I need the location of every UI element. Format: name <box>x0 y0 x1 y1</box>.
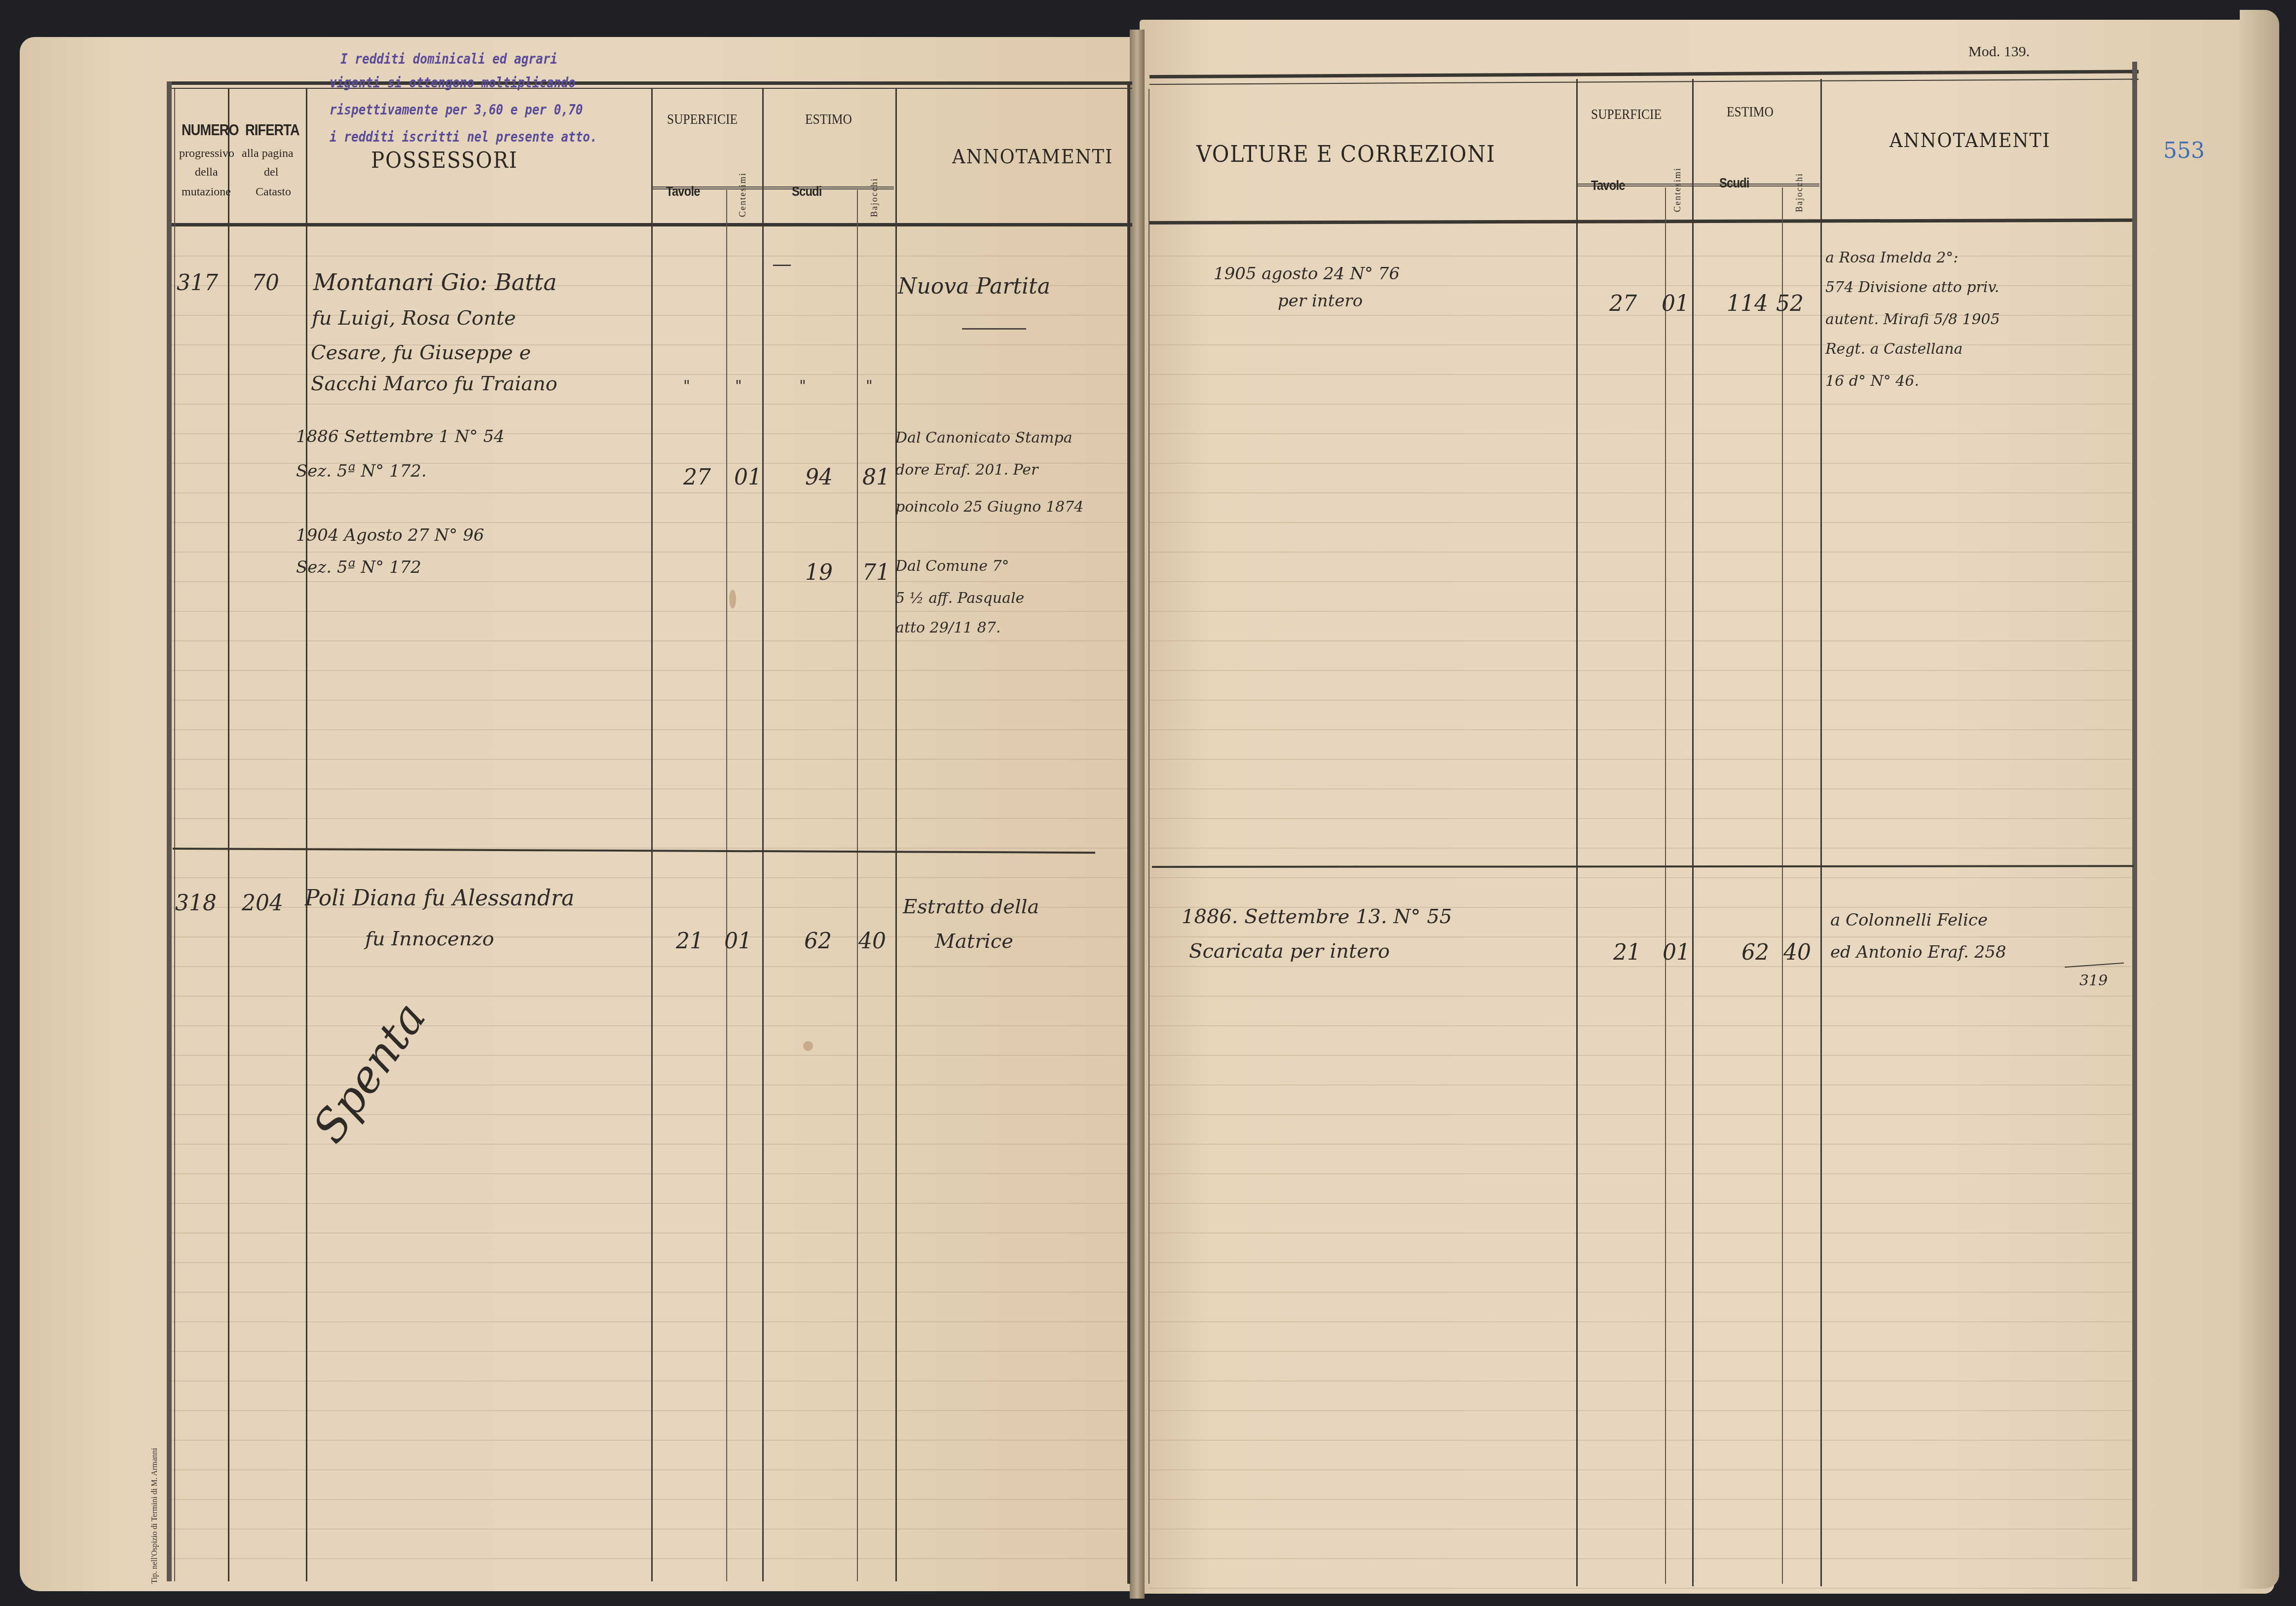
subentry-line: Sez. 5ª N° 172 <box>296 558 421 577</box>
subentry-annot: atto 29/11 87. <box>895 619 1000 636</box>
header-riferta-sub-2: del <box>264 166 278 179</box>
entry-bajocchi: 40 <box>858 929 886 954</box>
printer-imprint: Tip. nell'Ospizio di Termini di M. Arman… <box>150 1337 159 1584</box>
ditto-mark: " <box>683 377 690 395</box>
voltura-line: 1905 agosto 24 N° 76 <box>1214 264 1400 284</box>
col-divider-superficie-r <box>1692 79 1694 1586</box>
col-divider-volture <box>1576 79 1578 1586</box>
header-numero: NUMERO <box>182 121 239 139</box>
voltura-annot: ed Antonio Eraf. 258 <box>1830 942 2006 962</box>
header-centesimi: Centesimi <box>738 163 748 217</box>
estimo-dash: — <box>772 253 792 275</box>
voltura-annot: 16 d° N° 46. <box>1825 373 1919 390</box>
header-bajocchi-r: Bajocchi <box>1794 158 1805 212</box>
voltura-annot: a Colonnelli Felice <box>1830 910 1988 930</box>
header-riferta-sub-3: Catasto <box>256 186 291 199</box>
stamp-line-3: rispettivamente per 3,60 e per 0,70 <box>330 101 583 118</box>
header-tavole-r: Tavole <box>1591 178 1625 193</box>
header-estimo: ESTIMO <box>805 111 852 128</box>
voltura-bajocchi: 52 <box>1776 291 1804 316</box>
subentry-centesimi: 01 <box>734 465 762 490</box>
subentry-tavole: 27 <box>683 465 711 490</box>
possessore-line: fu Luigi, Rosa Conte <box>312 307 516 330</box>
subentry-line: 1904 Agosto 27 N° 96 <box>296 525 484 545</box>
left-frame-inner <box>174 89 175 1581</box>
voltura-centesimi: 01 <box>1663 940 1690 965</box>
voltura-tavole: 21 <box>1613 940 1641 965</box>
voltura-line: 1886. Settembre 13. N° 55 <box>1182 905 1452 928</box>
right-frame-border-left-page <box>1127 84 1130 1584</box>
header-riferta: RIFERTA <box>245 121 299 139</box>
ditto-mark: " <box>735 377 742 395</box>
col-divider-tavole <box>726 190 727 1581</box>
header-volture: VOLTURE E CORREZIONI <box>1196 141 1496 167</box>
col-divider-possessori <box>651 89 653 1581</box>
annotamento-line: Nuova Partita <box>898 274 1050 299</box>
entry-scudi: 62 <box>804 929 832 954</box>
header-superficie-r: SUPERFICIE <box>1591 106 1662 123</box>
col-divider-scudi-r <box>1782 187 1783 1584</box>
col-divider-tavole-r <box>1665 187 1666 1584</box>
subentry-bajocchi: 71 <box>862 560 890 585</box>
subentry-scudi: 94 <box>805 465 833 490</box>
header-riferta-sub-1: alla pagina <box>242 147 294 160</box>
subentry-annot: dore Eraf. 201. Per <box>895 461 1038 479</box>
voltura-centesimi: 01 <box>1662 291 1689 316</box>
header-possessori: POSSESSORI <box>371 148 518 173</box>
header-estimo-r: ESTIMO <box>1727 104 1774 120</box>
header-scudi-r: Scudi <box>1719 175 1749 191</box>
left-frame-border <box>167 81 172 1581</box>
header-numero-sub-2: della <box>195 166 218 179</box>
voltura-scudi: 62 <box>1741 940 1769 965</box>
subentry-line: 1886 Settembre 1 N° 54 <box>296 427 505 447</box>
possessore-line: Cesare, fu Giuseppe e <box>311 341 531 364</box>
voltura-tavole: 27 <box>1609 291 1637 316</box>
possessore-line: Montanari Gio: Batta <box>313 269 557 296</box>
subentry-line: Sez. 5ª N° 172. <box>296 461 427 481</box>
form-number: Mod. 139. <box>1968 43 2030 60</box>
header-superficie: SUPERFICIE <box>667 111 738 128</box>
page-edges <box>2240 10 2279 1589</box>
right-frame-border <box>2132 62 2137 1581</box>
subentry-annot: Dal Canonicato Stampa <box>895 429 1073 447</box>
col-divider-estimo-r <box>1820 79 1822 1586</box>
col-divider-riferta <box>306 89 307 1581</box>
voltura-annot: a Rosa Imelda 2°: <box>1825 249 1958 266</box>
annotamento-line: Estratto della <box>903 896 1039 918</box>
subentry-annot: Dal Comune 7° <box>895 558 1009 575</box>
voltura-bajocchi: 40 <box>1783 940 1811 965</box>
ink-stain <box>729 590 736 608</box>
underline-flourish <box>962 328 1026 330</box>
folio-number: 553 <box>2163 138 2205 163</box>
ditto-mark: " <box>799 377 806 395</box>
subentry-annot: poincolo 25 Giugno 1874 <box>895 498 1083 516</box>
col-divider-superficie <box>762 89 764 1581</box>
stamp-line-1: I redditi dominicali ed agrari <box>340 50 557 67</box>
entry-riferta: 70 <box>252 270 279 296</box>
possessore-line: Sacchi Marco fu Traiano <box>311 373 557 395</box>
col-divider-estimo <box>895 89 897 1581</box>
possessore-line: Poli Diana fu Alessandra <box>305 886 574 911</box>
subentry-annot: 5 ½ aff. Pasquale <box>895 590 1024 607</box>
book-spine <box>1130 30 1145 1599</box>
ditto-mark: " <box>866 377 873 395</box>
entry-tavole: 21 <box>676 929 704 954</box>
col-divider-numero <box>228 89 229 1581</box>
subentry-scudi: 19 <box>805 560 833 585</box>
ink-stain <box>803 1041 813 1051</box>
entry-numero: 318 <box>175 891 217 916</box>
entry-centesimi: 01 <box>724 929 752 954</box>
entry-riferta: 204 <box>242 891 283 916</box>
subentry-bajocchi: 81 <box>862 465 890 490</box>
voltura-annot: Regt. a Castellana <box>1825 340 1963 358</box>
header-annotamenti-left: ANNOTAMENTI <box>952 146 1113 168</box>
stamp-line-4: i redditi iscritti nel presente atto. <box>330 128 597 145</box>
voltura-annot: 574 Divisione atto priv. <box>1825 279 1999 296</box>
header-scudi: Scudi <box>792 184 822 199</box>
annotamento-line: Matrice <box>935 930 1013 953</box>
header-annotamenti-right: ANNOTAMENTI <box>1889 129 2050 152</box>
header-tavole: Tavole <box>666 184 700 199</box>
possessore-line: fu Innocenzo <box>365 928 494 950</box>
header-numero-sub-1: progressivo <box>179 147 234 160</box>
header-top-rule <box>170 81 1132 85</box>
voltura-annot: autent. Mirafi 5/8 1905 <box>1825 311 2000 328</box>
header-bajocchi: Bajocchi <box>869 163 880 217</box>
voltura-scudi: 114 <box>1727 291 1768 316</box>
header-numero-sub-3: mutazione <box>182 186 231 199</box>
voltura-line: Scaricata per intero <box>1189 940 1390 963</box>
right-page-left-border <box>1148 89 1149 1584</box>
header-centesimi-r: Centesimi <box>1672 158 1683 212</box>
stamp-line-2: vigenti si ottengono moltiplicando <box>330 74 576 91</box>
voltura-line: per intero <box>1278 291 1363 311</box>
fraction-denominator: 319 <box>2079 972 2108 989</box>
col-divider-scudi <box>857 190 858 1581</box>
entry-numero: 317 <box>177 270 218 296</box>
